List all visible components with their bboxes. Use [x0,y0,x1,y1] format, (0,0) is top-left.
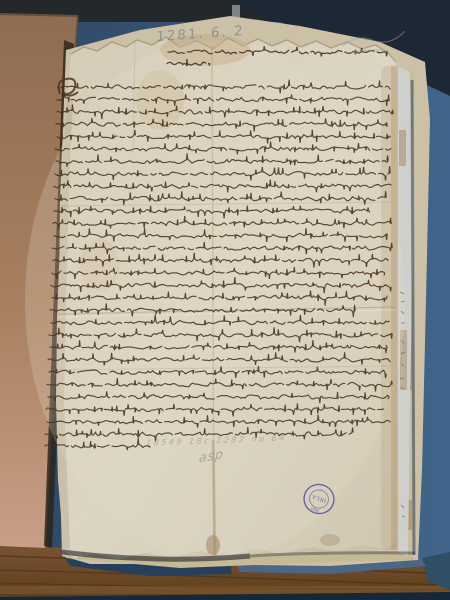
archival-photo-of-manuscript: Bibl IRLA · · · 1281. 6. 2 18549 18c 128… [0,0,450,600]
manuscript-photo-scene: Bibl IRLA · · · [0,0,450,600]
